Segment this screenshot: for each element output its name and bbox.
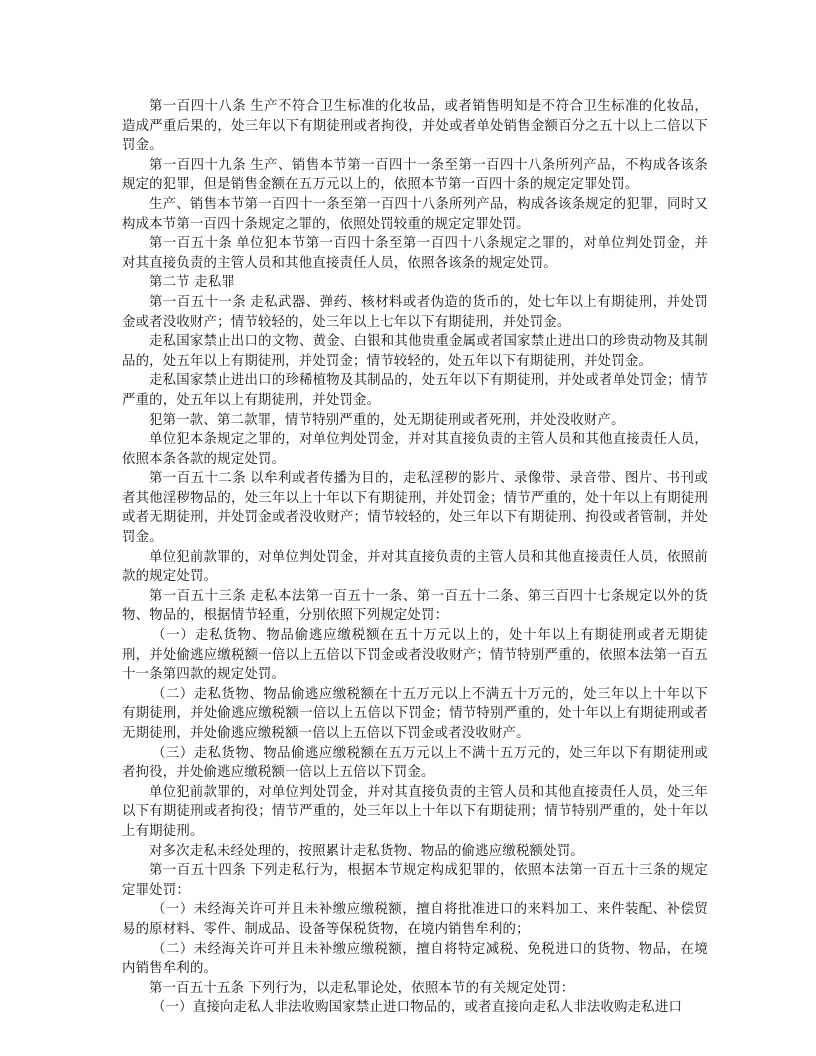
article-155: 第一百五十五条下列行为，以走私罪论处，依照本节的有关规定处罚：	[122, 979, 708, 999]
list-item: （二）未经海关许可并且未补缴应缴税额，擅自将特定减税、免税进口的货物、物品，在境…	[122, 940, 708, 979]
article-153: 第一百五十三条走私本法第一百五十一条、第一百五十二条、第三百四十七条规定以外的货…	[122, 587, 708, 626]
list-item: （一）走私货物、物品偷逃应缴税额在五十万元以上的，处十年以上有期徒刑或者无期徒刑…	[122, 626, 708, 685]
article-number: 第一百五十二条	[149, 471, 246, 486]
article-150: 第一百五十条单位犯本节第一百四十条至第一百四十八条规定之罪的，对单位判处罚金，并…	[122, 234, 708, 273]
list-item: （二）走私货物、物品偷逃应缴税额在十五万元以上不满五十万元的，处三年以上十年以下…	[122, 685, 708, 744]
article-number: 第一百五十一条	[149, 295, 246, 310]
article-number: 第一百五十五条	[149, 981, 244, 996]
section-heading: 第二节 走私罪	[122, 273, 708, 293]
list-item: （三）走私货物、物品偷逃应缴税额在五万元以上不满十五万元的，处三年以下有期徒刑或…	[122, 744, 708, 783]
article-text: 下列行为，以走私罪论处，依照本节的有关规定处罚：	[248, 981, 574, 996]
document-page: 第一百四十八条生产不符合卫生标准的化妆品，或者销售明知是不符合卫生标准的化妆品，…	[122, 97, 708, 1018]
clause-paragraph: 生产、销售本节第一百四十一条至第一百四十八条所列产品，构成各该条规定的犯罪，同时…	[122, 195, 708, 234]
article-148: 第一百四十八条生产不符合卫生标准的化妆品，或者销售明知是不符合卫生标准的化妆品，…	[122, 97, 708, 156]
article-151: 第一百五十一条走私武器、弹药、核材料或者伪造的货币的，处七年以上有期徒刑，并处罚…	[122, 293, 708, 332]
article-149: 第一百四十九条生产、销售本节第一百四十一条至第一百四十八条所列产品，不构成各该条…	[122, 156, 708, 195]
clause-paragraph: 单位犯前款罪的，对单位判处罚金，并对其直接负责的主管人员和其他直接责任人员，依照…	[122, 548, 708, 587]
list-item: （一）直接向走私人非法收购国家禁止进口物品的，或者直接向走私人非法收购走私进口	[122, 998, 708, 1018]
article-number: 第一百五十三条	[149, 589, 246, 604]
clause-paragraph: 单位犯本条规定之罪的，对单位判处罚金，并对其直接负责的主管人员和其他直接责任人员…	[122, 430, 708, 469]
clause-paragraph: 走私国家禁止进出口的珍稀植物及其制品的，处五年以下有期徒刑，并处或者单处罚金；情…	[122, 371, 708, 410]
clause-paragraph: 犯第一款、第二款罪，情节特别严重的，处无期徒刑或者死刑，并处没收财产。	[122, 411, 708, 431]
article-154: 第一百五十四条下列走私行为，根据本节规定构成犯罪的，依照本法第一百五十三条的规定…	[122, 861, 708, 900]
article-number: 第一百五十四条	[149, 863, 246, 878]
article-152: 第一百五十二条以牟利或者传播为目的，走私淫秽的影片、录像带、录音带、图片、书刊或…	[122, 469, 708, 547]
clause-paragraph: 走私国家禁止出口的文物、黄金、白银和其他贵重金属或者国家禁止进出口的珍贵动物及其…	[122, 332, 708, 371]
clause-paragraph: 对多次走私未经处理的，按照累计走私货物、物品的偷逃应缴税额处罚。	[122, 842, 708, 862]
article-number: 第一百四十八条	[149, 99, 246, 114]
clause-paragraph: 单位犯前款罪的，对单位判处罚金，并对其直接负责的主管人员和其他直接责任人员，处三…	[122, 783, 708, 842]
article-number: 第一百四十九条	[149, 158, 246, 173]
article-number: 第一百五十条	[149, 236, 232, 251]
list-item: （一）未经海关许可并且未补缴应缴税额，擅自将批准进口的来料加工、来件装配、补偿贸…	[122, 900, 708, 939]
